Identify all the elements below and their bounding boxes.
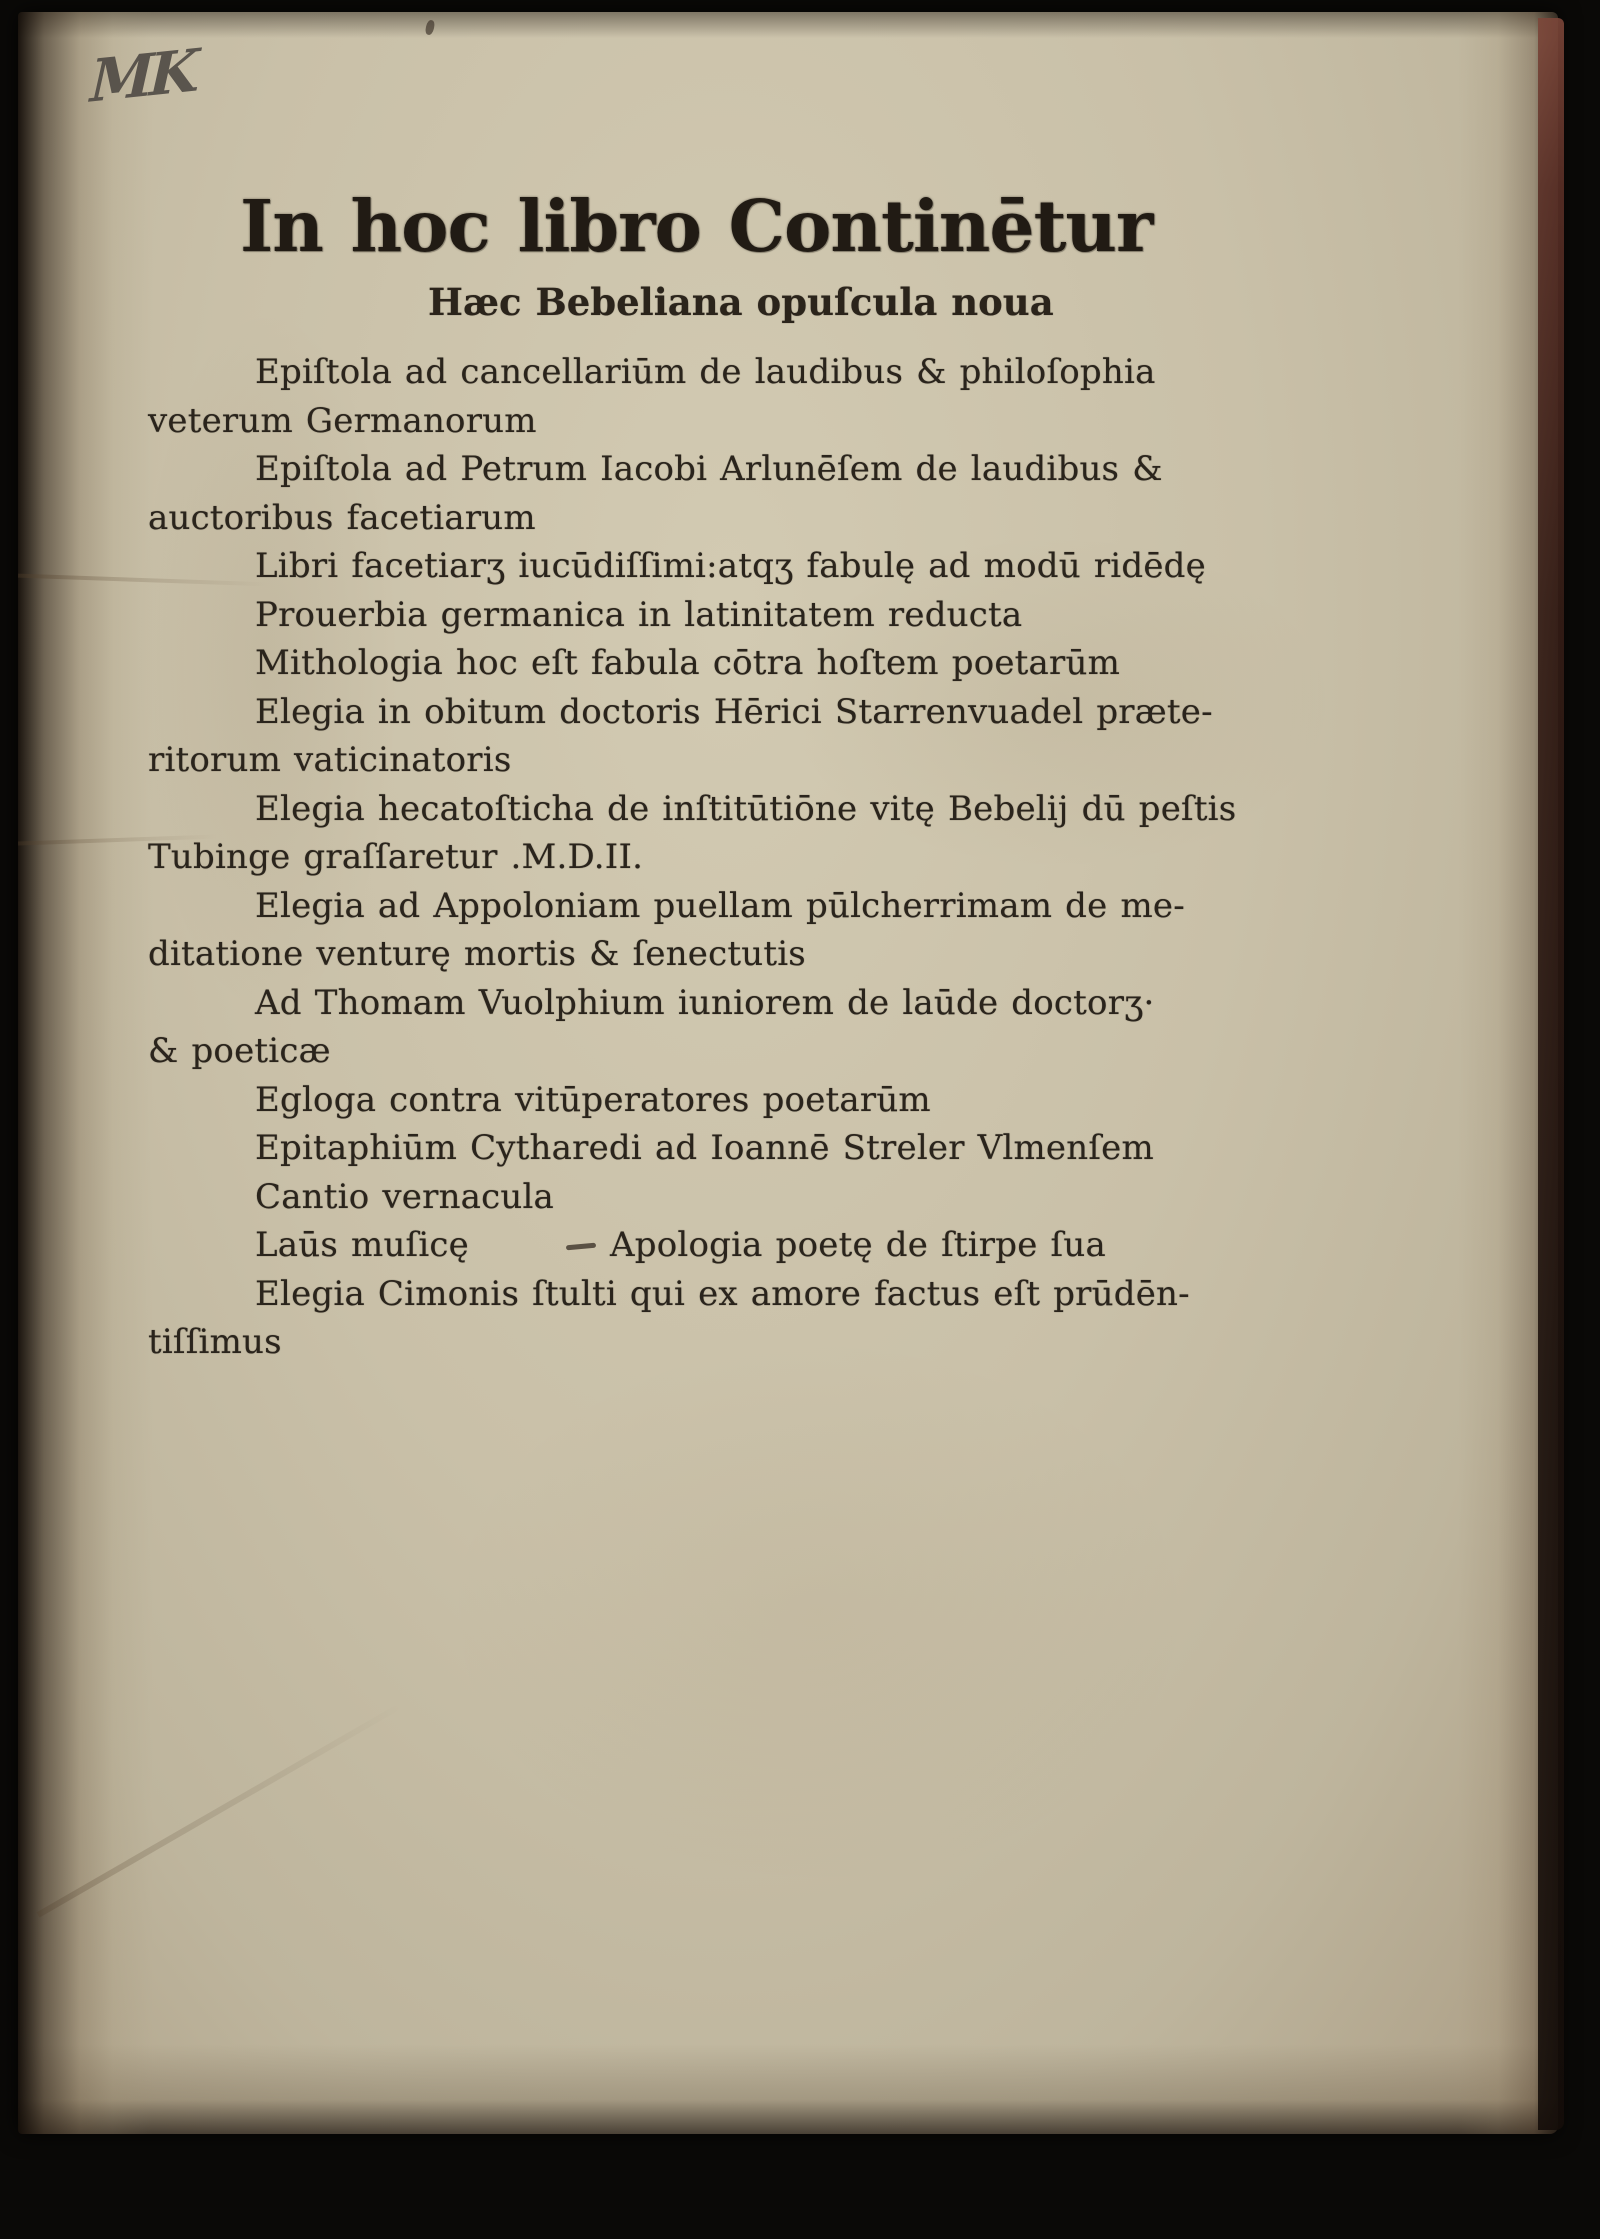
line-text: Mithologia hoc eſt fabula cōtra hoſtem p…: [255, 643, 1120, 683]
scanned-book-page: { "page": { "handwritten_mark": "MK", "t…: [0, 0, 1600, 2239]
text-line: Elegia in obitum doctoris Hērici Starren…: [148, 688, 1268, 737]
text-line: Libri facetiarʒ iucūdiſſimi:atqʒ fabulę …: [148, 542, 1268, 591]
body-lines: Epiſtola ad cancellariūm de laudibus & p…: [148, 348, 1268, 1367]
line-text-col2: Apologia poetę de ſtirpe ſua: [610, 1221, 1106, 1270]
line-text: Elegia Cimonis ſtulti qui ex amore factu…: [255, 1274, 1190, 1314]
line-text: tiſſimus: [148, 1322, 282, 1362]
line-text: Ad Thomam Vuolphium iuniorem de laūde do…: [255, 983, 1155, 1023]
line-text: Egloga contra vitūperatores poetarūm: [255, 1080, 931, 1120]
book-page: MK In hoc libro Continētur Hæc Bebeliana…: [18, 12, 1558, 2134]
line-text: Epiſtola ad cancellariūm de laudibus & p…: [255, 352, 1156, 392]
page-title: In hoc libro Continētur: [240, 184, 1152, 268]
paper-stain: [438, 1332, 1198, 1892]
text-line: ditatione venturę mortis & ſenectutis: [148, 930, 1268, 979]
line-text: Elegia ad Appoloniam puellam pūlcherrima…: [255, 886, 1185, 926]
text-line: ritorum vaticinatoris: [148, 736, 1268, 785]
line-text: Cantio vernacula: [255, 1177, 554, 1217]
line-text: Laūs muſicę: [255, 1225, 469, 1265]
line-text: Libri facetiarʒ iucūdiſſimi:atqʒ fabulę …: [255, 546, 1206, 586]
line-text: Epitaphiūm Cytharedi ad Ioannē Streler V…: [255, 1128, 1154, 1168]
text-line: Elegia hecatoſticha de inſtitūtiōne vitę…: [148, 785, 1268, 834]
text-line: Prouerbia germanica in latinitatem reduc…: [148, 591, 1268, 640]
text-line: Epiſtola ad cancellariūm de laudibus & p…: [148, 348, 1268, 397]
line-text: auctoribus facetiarum: [148, 498, 536, 538]
text-line: veterum Germanorum: [148, 397, 1268, 446]
line-text: Elegia in obitum doctoris Hērici Starren…: [255, 692, 1213, 732]
ink-speck: [424, 19, 435, 35]
line-text: & poeticæ: [148, 1031, 331, 1071]
text-line: Ad Thomam Vuolphium iuniorem de laūde do…: [148, 979, 1268, 1028]
text-line: Elegia ad Appoloniam puellam pūlcherrima…: [148, 882, 1268, 931]
text-line: Tubinge graſſaretur .M.D.II.: [148, 833, 1268, 882]
line-text: Prouerbia germanica in latinitatem reduc…: [255, 595, 1022, 635]
text-line: tiſſimus: [148, 1318, 1268, 1367]
text-line: Laūs muſicęApologia poetę de ſtirpe ſua: [148, 1221, 1268, 1270]
book-fore-edge: [1538, 18, 1564, 2130]
page-subtitle: Hæc Bebeliana opuſcula noua: [428, 280, 1054, 324]
text-line: Mithologia hoc eſt fabula cōtra hoſtem p…: [148, 639, 1268, 688]
text-line: Elegia Cimonis ſtulti qui ex amore factu…: [148, 1270, 1268, 1319]
line-text: Elegia hecatoſticha de inſtitūtiōne vitę…: [255, 789, 1236, 829]
handwritten-shelfmark: MK: [89, 36, 195, 116]
line-text: ditatione venturę mortis & ſenectutis: [148, 934, 806, 974]
text-line: Egloga contra vitūperatores poetarūm: [148, 1076, 1268, 1125]
line-text: veterum Germanorum: [148, 401, 537, 441]
line-text: Epiſtola ad Petrum Iacobi Arlunēſem de l…: [255, 449, 1163, 489]
text-line: Cantio vernacula: [148, 1173, 1268, 1222]
text-line: Epiſtola ad Petrum Iacobi Arlunēſem de l…: [148, 445, 1268, 494]
paper-crease: [37, 1702, 404, 1917]
text-line: & poeticæ: [148, 1027, 1268, 1076]
line-text: ritorum vaticinatoris: [148, 740, 511, 780]
text-line: Epitaphiūm Cytharedi ad Ioannē Streler V…: [148, 1124, 1268, 1173]
line-text: Tubinge graſſaretur .M.D.II.: [148, 837, 643, 877]
text-line: auctoribus facetiarum: [148, 494, 1268, 543]
